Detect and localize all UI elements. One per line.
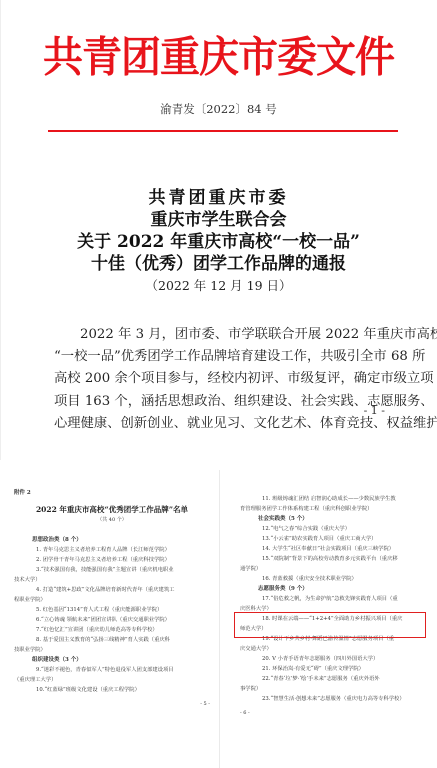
list-item: 22.“青春‘垃’梦·‘绘’手未来”志愿服务（重庆外语外 bbox=[240, 674, 430, 684]
red-masthead-title: 共青团重庆市委文件 bbox=[0, 27, 437, 90]
page-number: - 1 - bbox=[364, 404, 385, 417]
document-number: 渝青发〔2022〕84 号 bbox=[0, 101, 437, 117]
list-item: 3.“技术强国有我，技能强国有我”主题宣讲（重庆机电职业 bbox=[14, 565, 210, 575]
title-line-1: 共青团重庆市委 bbox=[0, 187, 437, 209]
list-item: 6.“立心铸魂 领航未来”团团宣讲队（重庆交通职业学院） bbox=[14, 615, 210, 625]
list-item-continuation: 庆交通大学） bbox=[240, 644, 430, 654]
list-title: 2022 年重庆市高校“优秀团学工作品牌”名单 bbox=[14, 504, 210, 515]
list-item: 5. 红色基因“1314”育人式工程（重庆能源职业学院） bbox=[14, 605, 210, 615]
list-item: 23.“智慧生活·创想未来”志愿服务（重庆电力高等专科学校） bbox=[240, 694, 430, 704]
red-highlight-box bbox=[234, 612, 426, 638]
list-item: 16. 青蓝救援（重庆安全技术职业学院） bbox=[240, 574, 430, 584]
list-item: 14. 大学生“社区奉献日”社会实践项目（重庆三峡学院） bbox=[240, 544, 430, 554]
list-item: 8. 基于爱国主义教育的“弘扬三线精神”育人实践（重庆科 bbox=[14, 635, 210, 645]
document-page-5: 附件 2 2022 年重庆市高校“优秀团学工作品牌”名单 （共 40 个） 思想… bbox=[14, 488, 210, 709]
list-item: 9.“迷彩不褪色，青春似军人”特色退役军人团支部建设项目 bbox=[14, 665, 210, 675]
title-line-3: 关于 2022 年重庆市高校“一校一品” bbox=[0, 231, 437, 253]
list-item-continuation: 技术大学） bbox=[14, 575, 210, 585]
list-item: 11. 班级铸魂汇团结 启智润心助成长——少数民族学生教 bbox=[240, 494, 430, 504]
list-item: 20. V 小青手语青年志愿服务（四川外国语大学） bbox=[240, 654, 430, 664]
document-page-1: 共青团重庆市委文件 渝青发〔2022〕84 号 共青团重庆市委 重庆市学生联合会… bbox=[0, 0, 437, 460]
list-item-highlighted: 15.“双院制”背景下的高校劳动教育多元实践平台（重庆移 bbox=[240, 554, 430, 564]
category-heading: 组织建设类（3 个） bbox=[14, 655, 210, 665]
list-item-continuation: 育管理服务团学工作体系构建工程（重庆科创职业学院） bbox=[240, 504, 430, 514]
list-item: 13.“小云雀”助农实践育人项目（重庆工商大学） bbox=[240, 534, 430, 544]
attachment-label: 附件 2 bbox=[14, 488, 210, 498]
body-paragraph: 2022 年 3 月，团市委、市学联联合开展 2022 年重庆市高校 “一校一品… bbox=[54, 324, 387, 435]
list-item-continuation: 技职业学院） bbox=[14, 645, 210, 655]
page-number: - 6 - bbox=[240, 708, 430, 718]
list-item-continuation: （重庆理工大学） bbox=[14, 675, 210, 685]
notice-date: （2022 年 12 月 19 日） bbox=[0, 276, 437, 294]
list-item: 17.“俗危救之帆，为生命护航”急救先锋实践育人项目（重 bbox=[240, 594, 430, 604]
list-item: 21. 环保治岚·有爱无“碍”（重庆文理学院） bbox=[240, 664, 430, 674]
list-item: 2. 团学骨干青年马克思主义者培养工程（重庆科技学院） bbox=[14, 555, 210, 565]
category-heading: 志愿服务类（9 个） bbox=[240, 584, 430, 594]
title-line-2: 重庆市学生联合会 bbox=[0, 209, 437, 231]
body-line: 项目 163 个，涵括思想政治、组织建设、社会实践、志愿服务、 bbox=[54, 391, 387, 413]
notice-title: 共青团重庆市委 重庆市学生联合会 关于 2022 年重庆市高校“一校一品” 十佳… bbox=[0, 187, 437, 275]
body-line: 心理健康、创新创业、就业见习、文化艺术、体育竞技、权益维护 bbox=[54, 413, 387, 435]
list-item: 12.“电气之春”综合实践（重庆大学） bbox=[240, 524, 430, 534]
body-line: 高校 200 余个项目参与，经校内初评、市级复评，确定市级立项 bbox=[54, 368, 387, 390]
list-item-continuation: 通学院） bbox=[240, 564, 430, 574]
list-item-continuation: 程职业学院） bbox=[14, 595, 210, 605]
category-heading: 社会实践类（5 个） bbox=[240, 514, 430, 524]
body-line: “一校一品”优秀团学工作品牌培育建设工作，共吸引全市 68 所 bbox=[54, 346, 387, 368]
list-item: 10.“红蓝绿”班级文化建设（重庆工程学院） bbox=[14, 685, 210, 695]
list-item: 4. 打造“建筑+思政”文化品牌培育新时代青年（重庆建筑工 bbox=[14, 585, 210, 595]
list-item-continuation: 事学院） bbox=[240, 684, 430, 694]
title-line-4: 十佳（优秀）团学工作品牌的通报 bbox=[0, 253, 437, 275]
red-divider-line bbox=[48, 130, 398, 132]
list-subtitle: （共 40 个） bbox=[14, 515, 210, 525]
page-number: - 5 - bbox=[14, 699, 210, 709]
list-item: 7.“红色忆汇”宣讲团（重庆幼儿师范高等专科学校） bbox=[14, 625, 210, 635]
category-heading: 思想政治类（8 个） bbox=[14, 535, 210, 545]
page-divider bbox=[219, 470, 220, 768]
list-item: 1. 青年马克思主义者培养工程育人品牌（长江师范学院） bbox=[14, 545, 210, 555]
document-page-6: 11. 班级铸魂汇团结 启智润心助成长——少数民族学生教 育管理服务团学工作体系… bbox=[240, 494, 430, 718]
body-line: 2022 年 3 月，团市委、市学联联合开展 2022 年重庆市高校 bbox=[54, 324, 387, 346]
